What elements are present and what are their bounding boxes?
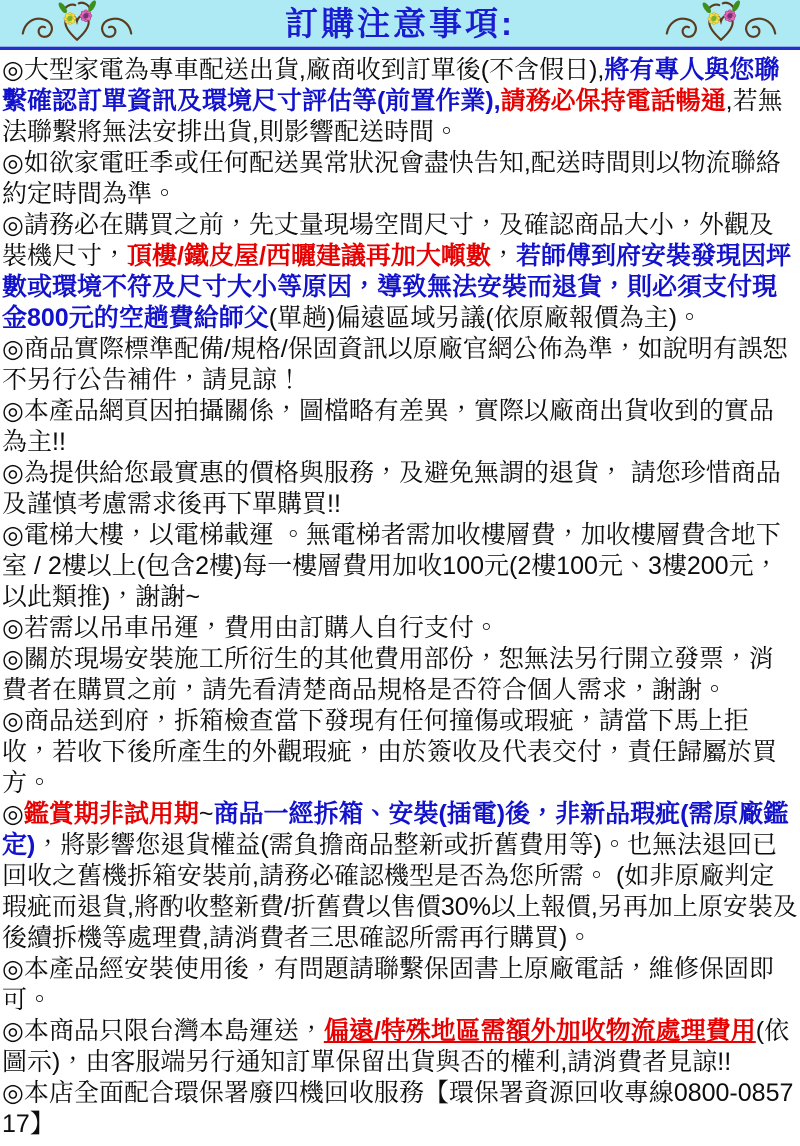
yellow-flower: [708, 12, 721, 25]
notice-paragraph: ◎商品實際標準配備/規格/保固資訊以原廠官網公佈為準，如說明有誤恕不另行公告補件…: [2, 334, 798, 396]
notice-text-segment: (單趟)偏遠區域另議(依原廠報價為主)。: [269, 304, 702, 332]
notice-paragraph: ◎鑑賞期非試用期~商品一經拆箱、安裝(插電)後，非新品瑕疵(需原廠鑑定)，將影響…: [2, 799, 798, 954]
notice-text-segment: ，將影響您退貨權益(需負擔商品整新或折舊費用等)。也無法退回已回收之舊機拆箱安裝…: [2, 831, 798, 952]
notice-text-segment: ◎為提供給您最實惠的價格與服務，及避免無謂的退貨， 請您珍惜商品及謹慎考慮需求後…: [2, 459, 781, 518]
notice-paragraph: ◎如欲家電旺季或任何配送異常狀況會盡快告知,配送時間則以物流聯絡約定時間為準。: [2, 148, 798, 210]
leaf-shapes: [701, 0, 742, 14]
notice-paragraph: ◎本商品只限台灣本島運送，偏遠/特殊地區需額外加收物流處理費用(依圖示)，由客服…: [2, 1016, 798, 1078]
pink-flower: [80, 9, 93, 22]
notice-paragraph: ◎若需以吊車吊運，費用由訂購人自行支付。: [2, 613, 798, 644]
notice-text-segment: ◎本產品經安裝使用後，有問題請聯繫保固書上原廠電話，維修保固即可。: [2, 955, 774, 1014]
notice-paragraph: ◎本店全面配合環保署廢四機回收服務【環保署資源回收專線0800-085717】: [2, 1078, 798, 1140]
pink-flower: [724, 9, 737, 22]
yellow-flower: [64, 12, 77, 25]
notice-text-segment: ◎關於現場安裝施工所衍生的其他費用部份，恕無法另行開立發票，消費者在購買之前，請…: [2, 645, 774, 704]
order-notice-page: 訂購注意事項:: [0, 0, 800, 1146]
notice-paragraph: ◎本產品經安裝使用後，有問題請聯繫保固書上原廠電話，維修保固即可。: [2, 954, 798, 1016]
notice-text-segment: ◎電梯大樓，以電梯載運 。無電梯者需加收樓層費，加收樓層費含地下室 / 2樓以上…: [2, 521, 781, 611]
notice-text-segment: ◎本產品網頁因拍攝關係，圖檔略有差異，實際以廠商出貨收到的實品為主!!: [2, 397, 774, 456]
notice-paragraph: ◎本產品網頁因拍攝關係，圖檔略有差異，實際以廠商出貨收到的實品為主!!: [2, 396, 798, 458]
notice-text-segment: ◎商品實際標準配備/規格/保固資訊以原廠官網公佈為準，如說明有誤恕不另行公告補件…: [2, 335, 788, 394]
notice-text-segment: 偏遠/特殊地區需額外加收物流處理費用: [324, 1017, 756, 1045]
notice-text-segment: ◎商品送到府，拆箱檢查當下發現有任何撞傷或瑕疵，請當下馬上拒收，若收下後所產生的…: [2, 707, 777, 797]
floral-ornament-icon: [16, 0, 138, 46]
notice-text-segment: ◎如欲家電旺季或任何配送異常狀況會盡快告知,配送時間則以物流聯絡約定時間為準。: [2, 149, 781, 208]
notice-text-segment: 頂樓/鐵皮屋/西曬建議再加大噸數: [127, 242, 491, 270]
notice-body: ◎大型家電為專車配送出貨,廠商收到訂單後(不含假日),將有專人與您聯繫確認訂單資…: [0, 50, 800, 1146]
notice-text-segment: ◎: [2, 800, 24, 828]
notice-text-segment: ~: [199, 800, 214, 828]
notice-paragraph: ◎關於現場安裝施工所衍生的其他費用部份，恕無法另行開立發票，消費者在購買之前，請…: [2, 644, 798, 706]
notice-text-segment: ◎本店全面配合環保署廢四機回收服務【環保署資源回收專線0800-085717】: [2, 1079, 793, 1138]
notice-paragraph: ◎大型家電為專車配送出貨,廠商收到訂單後(不含假日),將有專人與您聯繫確認訂單資…: [2, 55, 798, 148]
notice-paragraph: ◎為提供給您最實惠的價格與服務，及避免無謂的退貨， 請您珍惜商品及謹慎考慮需求後…: [2, 458, 798, 520]
notice-text-segment: ，: [491, 242, 516, 270]
notice-text-segment: 鑑賞期非試用期: [24, 800, 199, 828]
leaf-shapes: [57, 0, 98, 14]
notice-header: 訂購注意事項:: [0, 0, 800, 50]
notice-paragraph: ◎電梯大樓，以電梯載運 。無電梯者需加收樓層費，加收樓層費含地下室 / 2樓以上…: [2, 520, 798, 613]
notice-paragraph: ◎商品送到府，拆箱檢查當下發現有任何撞傷或瑕疵，請當下馬上拒收，若收下後所產生的…: [2, 706, 798, 799]
notice-text-segment: 請務必保持電話暢通: [501, 87, 726, 115]
notice-text-segment: ◎大型家電為專車配送出貨,廠商收到訂單後(不含假日),: [2, 56, 604, 84]
notice-text-segment: ◎若需以吊車吊運，費用由訂購人自行支付。: [2, 614, 499, 642]
notice-text-segment: ◎本商品只限台灣本島運送，: [2, 1017, 324, 1045]
floral-ornament-icon: [660, 0, 782, 46]
notice-paragraph: ◎請務必在購買之前，先丈量現場空間尺寸，及確認商品大小，外觀及裝機尺寸，頂樓/鐵…: [2, 210, 798, 334]
